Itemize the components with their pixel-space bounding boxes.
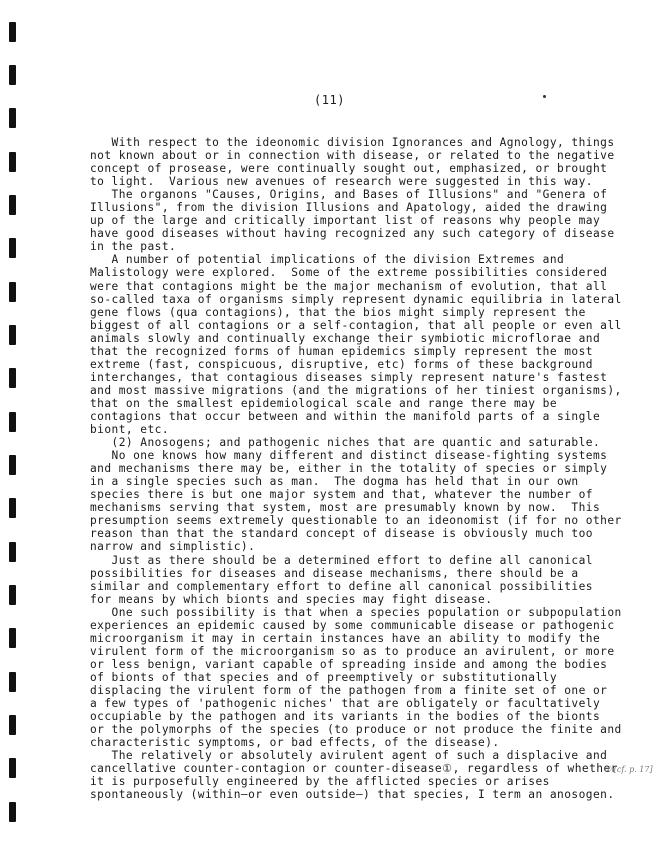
binding-mark — [9, 195, 16, 215]
text-line: gene flows (qua contagions), that the bi… — [90, 306, 590, 319]
text-line: (2) Anosogens; and pathogenic niches tha… — [90, 436, 590, 449]
text-line: biggest of all contagions or a self-cont… — [90, 319, 590, 332]
text-line: The relatively or absolutely avirulent a… — [90, 749, 590, 762]
text-line: up of the large and critically important… — [90, 214, 590, 227]
binding-mark — [9, 152, 16, 172]
text-line: virulent form of the microorganism so as… — [90, 645, 590, 658]
text-line: reason than that the standard concept of… — [90, 527, 590, 540]
binding-mark — [9, 282, 16, 302]
paragraph: The organons "Causes, Origins, and Bases… — [90, 188, 590, 253]
binding-mark — [9, 802, 16, 822]
binding-mark — [9, 108, 16, 128]
text-line: species there is but one major system an… — [90, 488, 590, 501]
paragraph: A number of potential implications of th… — [90, 253, 590, 436]
text-line: cancellative counter-contagion or counte… — [90, 762, 590, 775]
binding-mark — [9, 455, 16, 475]
text-line: mechanisms serving that system, most are… — [90, 501, 590, 514]
text-line: interchanges, that contagious diseases s… — [90, 371, 590, 384]
text-line: have good diseases without having recogn… — [90, 227, 590, 240]
text-line: The organons "Causes, Origins, and Bases… — [90, 188, 590, 201]
text-line: contagions that occur between and within… — [90, 410, 590, 423]
paragraph: (2) Anosogens; and pathogenic niches tha… — [90, 436, 590, 553]
text-line: occupiable by the pathogen and its varia… — [90, 710, 590, 723]
text-line: that on the smallest epidemiological sca… — [90, 397, 590, 410]
text-line: narrow and simplistic). — [90, 540, 590, 553]
binding-mark — [9, 325, 16, 345]
text-line: microorganism it may in certain instance… — [90, 632, 590, 645]
text-line: of bionts of that species and of preempt… — [90, 671, 590, 684]
binding-mark — [9, 715, 16, 735]
binding-mark — [9, 628, 16, 648]
text-line: not known about or in connection with di… — [90, 149, 590, 162]
binding-mark — [9, 412, 16, 432]
binding-mark — [9, 498, 16, 518]
stray-mark — [543, 95, 546, 98]
binding-mark — [9, 368, 16, 388]
text-line: so-called taxa of organisms simply repre… — [90, 293, 590, 306]
text-line: or the polymorphs of the species (to pro… — [90, 723, 590, 736]
text-line: to light. Various new avenues of researc… — [90, 175, 590, 188]
text-line: concept of prosease, were continually so… — [90, 162, 590, 175]
text-line: in a single species such as man. The dog… — [90, 475, 590, 488]
text-line: spontaneously (within—or even outside—) … — [90, 788, 590, 801]
binding-mark — [9, 672, 16, 692]
binding-mark — [9, 585, 16, 605]
text-line: biont, etc. — [90, 423, 590, 436]
paragraph: Just as there should be a determined eff… — [90, 554, 590, 606]
text-line: for means by which bionts and species ma… — [90, 593, 590, 606]
document-body: With respect to the ideonomic division I… — [90, 136, 590, 801]
text-line: One such possibility is that when a spec… — [90, 606, 590, 619]
text-line: characteristic symptoms, or bad effects,… — [90, 736, 590, 749]
text-line: No one knows how many different and dist… — [90, 449, 590, 462]
binding-mark — [9, 22, 16, 42]
paragraph: One such possibility is that when a spec… — [90, 606, 590, 750]
page-number: (11) — [0, 93, 657, 107]
text-line: A number of potential implications of th… — [90, 253, 590, 266]
text-line: that the recognized forms of human epide… — [90, 345, 590, 358]
text-line: Illusions", from the division Illusions … — [90, 201, 590, 214]
text-line: displacing the virulent form of the path… — [90, 684, 590, 697]
binding-mark — [9, 758, 16, 778]
text-line: and most massive migrations (and the mig… — [90, 384, 590, 397]
text-line: in the past. — [90, 240, 590, 253]
text-line: possibilities for diseases and disease m… — [90, 567, 590, 580]
text-line: it is purposefully engineered by the aff… — [90, 775, 590, 788]
text-line: a few types of 'pathogenic niches' that … — [90, 697, 590, 710]
text-line: were that contagions might be the major … — [90, 280, 590, 293]
text-line: Just as there should be a determined eff… — [90, 554, 590, 567]
paragraph: With respect to the ideonomic division I… — [90, 136, 590, 188]
paragraph: The relatively or absolutely avirulent a… — [90, 749, 590, 801]
binding-mark — [9, 542, 16, 562]
text-line: or less benign, variant capable of sprea… — [90, 658, 590, 671]
text-line: presumption seems extremely questionable… — [90, 514, 590, 527]
margin-annotation: ① [cf. p. 17] — [604, 765, 653, 774]
binding-mark — [9, 65, 16, 85]
text-line: similar and complementary effort to defi… — [90, 580, 590, 593]
text-line: extreme (fast, conspicuous, disruptive, … — [90, 358, 590, 371]
text-line: experiences an epidemic caused by some c… — [90, 619, 590, 632]
binding-mark — [9, 238, 16, 258]
text-line: Malistology were explored. Some of the e… — [90, 266, 590, 279]
text-line: With respect to the ideonomic division I… — [90, 136, 590, 149]
text-line: animals slowly and continually exchange … — [90, 332, 590, 345]
text-line: and mechanisms there may be, either in t… — [90, 462, 590, 475]
